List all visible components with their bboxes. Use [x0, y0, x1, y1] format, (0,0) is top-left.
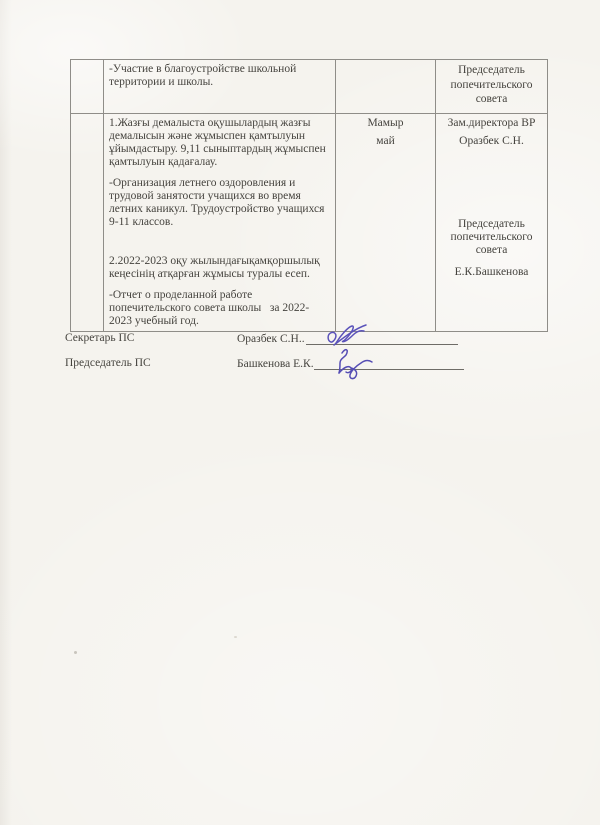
activity-text-russian: -Организация летнего оздоровления и труд…: [109, 177, 330, 229]
scanned-document-page: -Участие в благоустройстве школьной терр…: [0, 0, 600, 825]
activity-text-kazakh: 1.Жазғы демалыста оқушылардың жазғы дема…: [109, 117, 330, 169]
signatory-role: Председатель ПС: [65, 356, 151, 370]
cell-activity: 1.Жазғы демалыста оқушылардың жазғы дема…: [104, 114, 336, 332]
responsible-title: Зам.директора ВР: [441, 117, 542, 130]
cell-activity: -Участие в благоустройстве школьной терр…: [104, 60, 336, 114]
scan-speck: [74, 651, 77, 654]
responsible-name: Оразбек С.Н.: [441, 135, 542, 148]
activity-text: -Участие в благоустройстве школьной терр…: [109, 63, 330, 89]
cell-number: [71, 60, 104, 114]
signature-row-secretary: Секретарь ПС Оразбек С.Н..: [0, 331, 600, 353]
handwritten-signature: [332, 346, 376, 382]
cell-responsible: Зам.директора ВР Оразбек С.Н. Председате…: [436, 114, 548, 332]
signatory-role: Секретарь ПС: [65, 331, 134, 345]
responsible-title: Председатель попечительского совета: [441, 218, 542, 257]
scan-speck: [234, 636, 237, 638]
responsible-title: Председатель попечительского совета: [441, 63, 542, 107]
signatory-name: Башкенова Е.К.: [237, 357, 314, 371]
month-russian: май: [341, 135, 430, 148]
cell-responsible: Председатель попечительского совета: [436, 60, 548, 114]
table-row: 1.Жазғы демалыста оқушылардың жазғы дема…: [71, 114, 548, 332]
work-plan-table: -Участие в благоустройстве школьной терр…: [70, 59, 548, 332]
activity-text-russian: -Отчет о проделанной работе попечительск…: [109, 289, 330, 328]
activity-text-kazakh: 2.2022-2023 оқу жылындағықамқоршылық кең…: [109, 255, 330, 281]
signatory-name: Оразбек С.Н..: [237, 332, 305, 346]
month-kazakh: Мамыр: [341, 117, 430, 130]
cell-number: [71, 114, 104, 332]
cell-date: [336, 60, 436, 114]
responsible-name: Е.К.Башкенова: [441, 266, 542, 279]
cell-date: Мамыр май: [336, 114, 436, 332]
signature-row-chairman: Председатель ПС Башкенова Е.К.: [0, 356, 600, 378]
table-row: -Участие в благоустройстве школьной терр…: [71, 60, 548, 114]
